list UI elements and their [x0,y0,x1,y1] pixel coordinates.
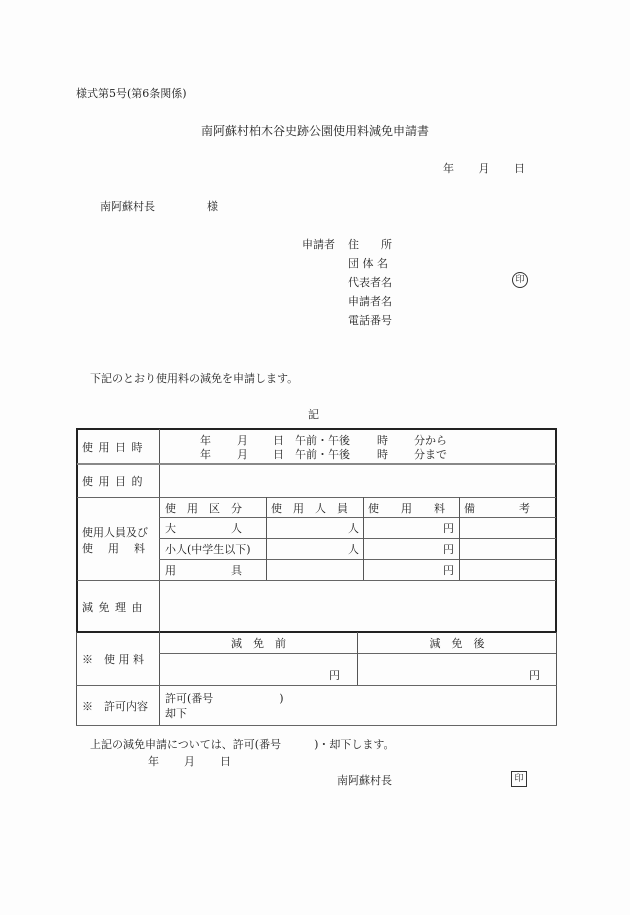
permit-label: ※ 許可内容 [82,686,158,725]
header-note: 備 考 [464,498,554,517]
applicant-field-group: 団 体 名 [348,255,388,271]
usage-datetime-label: 使 用 日 時 [82,430,158,463]
seal-icon: 印 [512,272,528,288]
permit-approve-line: 許可(番号 ) [165,690,284,706]
header-fee: 使 用 料 [368,498,458,517]
after-reduction-field[interactable]: 円 [358,666,540,684]
people-child-field[interactable]: 人 [267,539,359,559]
before-reduction-label: 減 免 前 [160,633,357,653]
end-hour: 時 [377,446,388,462]
honorific: 様 [207,198,218,214]
table-bottom-border [76,725,557,726]
header-people: 使 用 人 員 [271,498,363,517]
decision-month: 月 [184,753,195,769]
applicant-field-address: 住 所 [348,236,392,252]
people-adult-field[interactable]: 人 [267,518,359,538]
date-month: 月 [479,160,490,176]
before-reduction-field[interactable]: 円 [160,666,340,684]
note-adult-field[interactable] [460,518,556,538]
people-equipment-field[interactable] [267,560,359,580]
permit-reject-line: 却下 [165,705,187,721]
decision-day: 日 [220,753,231,769]
date-day: 日 [514,160,525,176]
end-minute: 分まで [414,446,447,462]
fee-child-field[interactable]: 円 [364,539,454,559]
after-reduction-label: 減 免 後 [358,633,556,653]
category-child: 小人(中学生以下) [165,539,265,559]
lower-left-border [76,632,77,726]
fee-adult-field[interactable]: 円 [364,518,454,538]
usage-purpose-field[interactable] [160,464,556,497]
usage-purpose-label: 使 用 目 的 [82,464,158,497]
fee-label: ※ 使 用 料 [82,633,158,685]
official-seal-icon: 印 [511,771,527,787]
end-ampm: 午前・午後 [295,446,350,462]
decision-year: 年 [148,753,159,769]
signer: 南阿蘇村長 [337,772,392,788]
form-number: 様式第5号(第6条関係) [76,85,187,101]
header-category: 使 用 区 分 [165,498,265,517]
intro-text: 下記のとおり使用料の減免を申請します。 [90,370,298,386]
fee-equipment-field[interactable]: 円 [364,560,454,580]
document-title: 南阿蘇村柏木谷史跡公園使用料減免申請書 [201,122,429,139]
applicant-field-representative: 代表者名 [348,274,392,290]
end-month: 月 [237,446,248,462]
lower-right-border [556,632,557,726]
reduction-reason-label: 減 免 理 由 [82,581,158,632]
people-fee-label-line1: 使用人員及び [82,524,148,540]
date-year: 年 [443,160,454,176]
ki-label: 記 [308,406,319,422]
note-child-field[interactable] [460,539,556,559]
application-date: 年 月 日 [443,160,525,176]
decision-text: 上記の減免申請については、許可(番号 )・却下します。 [90,736,394,752]
category-equipment: 用 具 [165,560,265,580]
applicant-label: 申請者 [302,236,335,252]
applicant-field-phone: 電話番号 [348,312,392,328]
end-year: 年 [200,446,211,462]
addressee: 南阿蘇村長 [100,198,155,214]
end-day: 日 [273,446,284,462]
reduction-reason-field[interactable] [160,581,556,632]
category-adult: 大 人 [165,518,265,538]
note-equipment-field[interactable] [460,560,556,580]
people-fee-label-line2: 使 用 料 [82,540,147,556]
applicant-field-name: 申請者名 [348,293,392,309]
